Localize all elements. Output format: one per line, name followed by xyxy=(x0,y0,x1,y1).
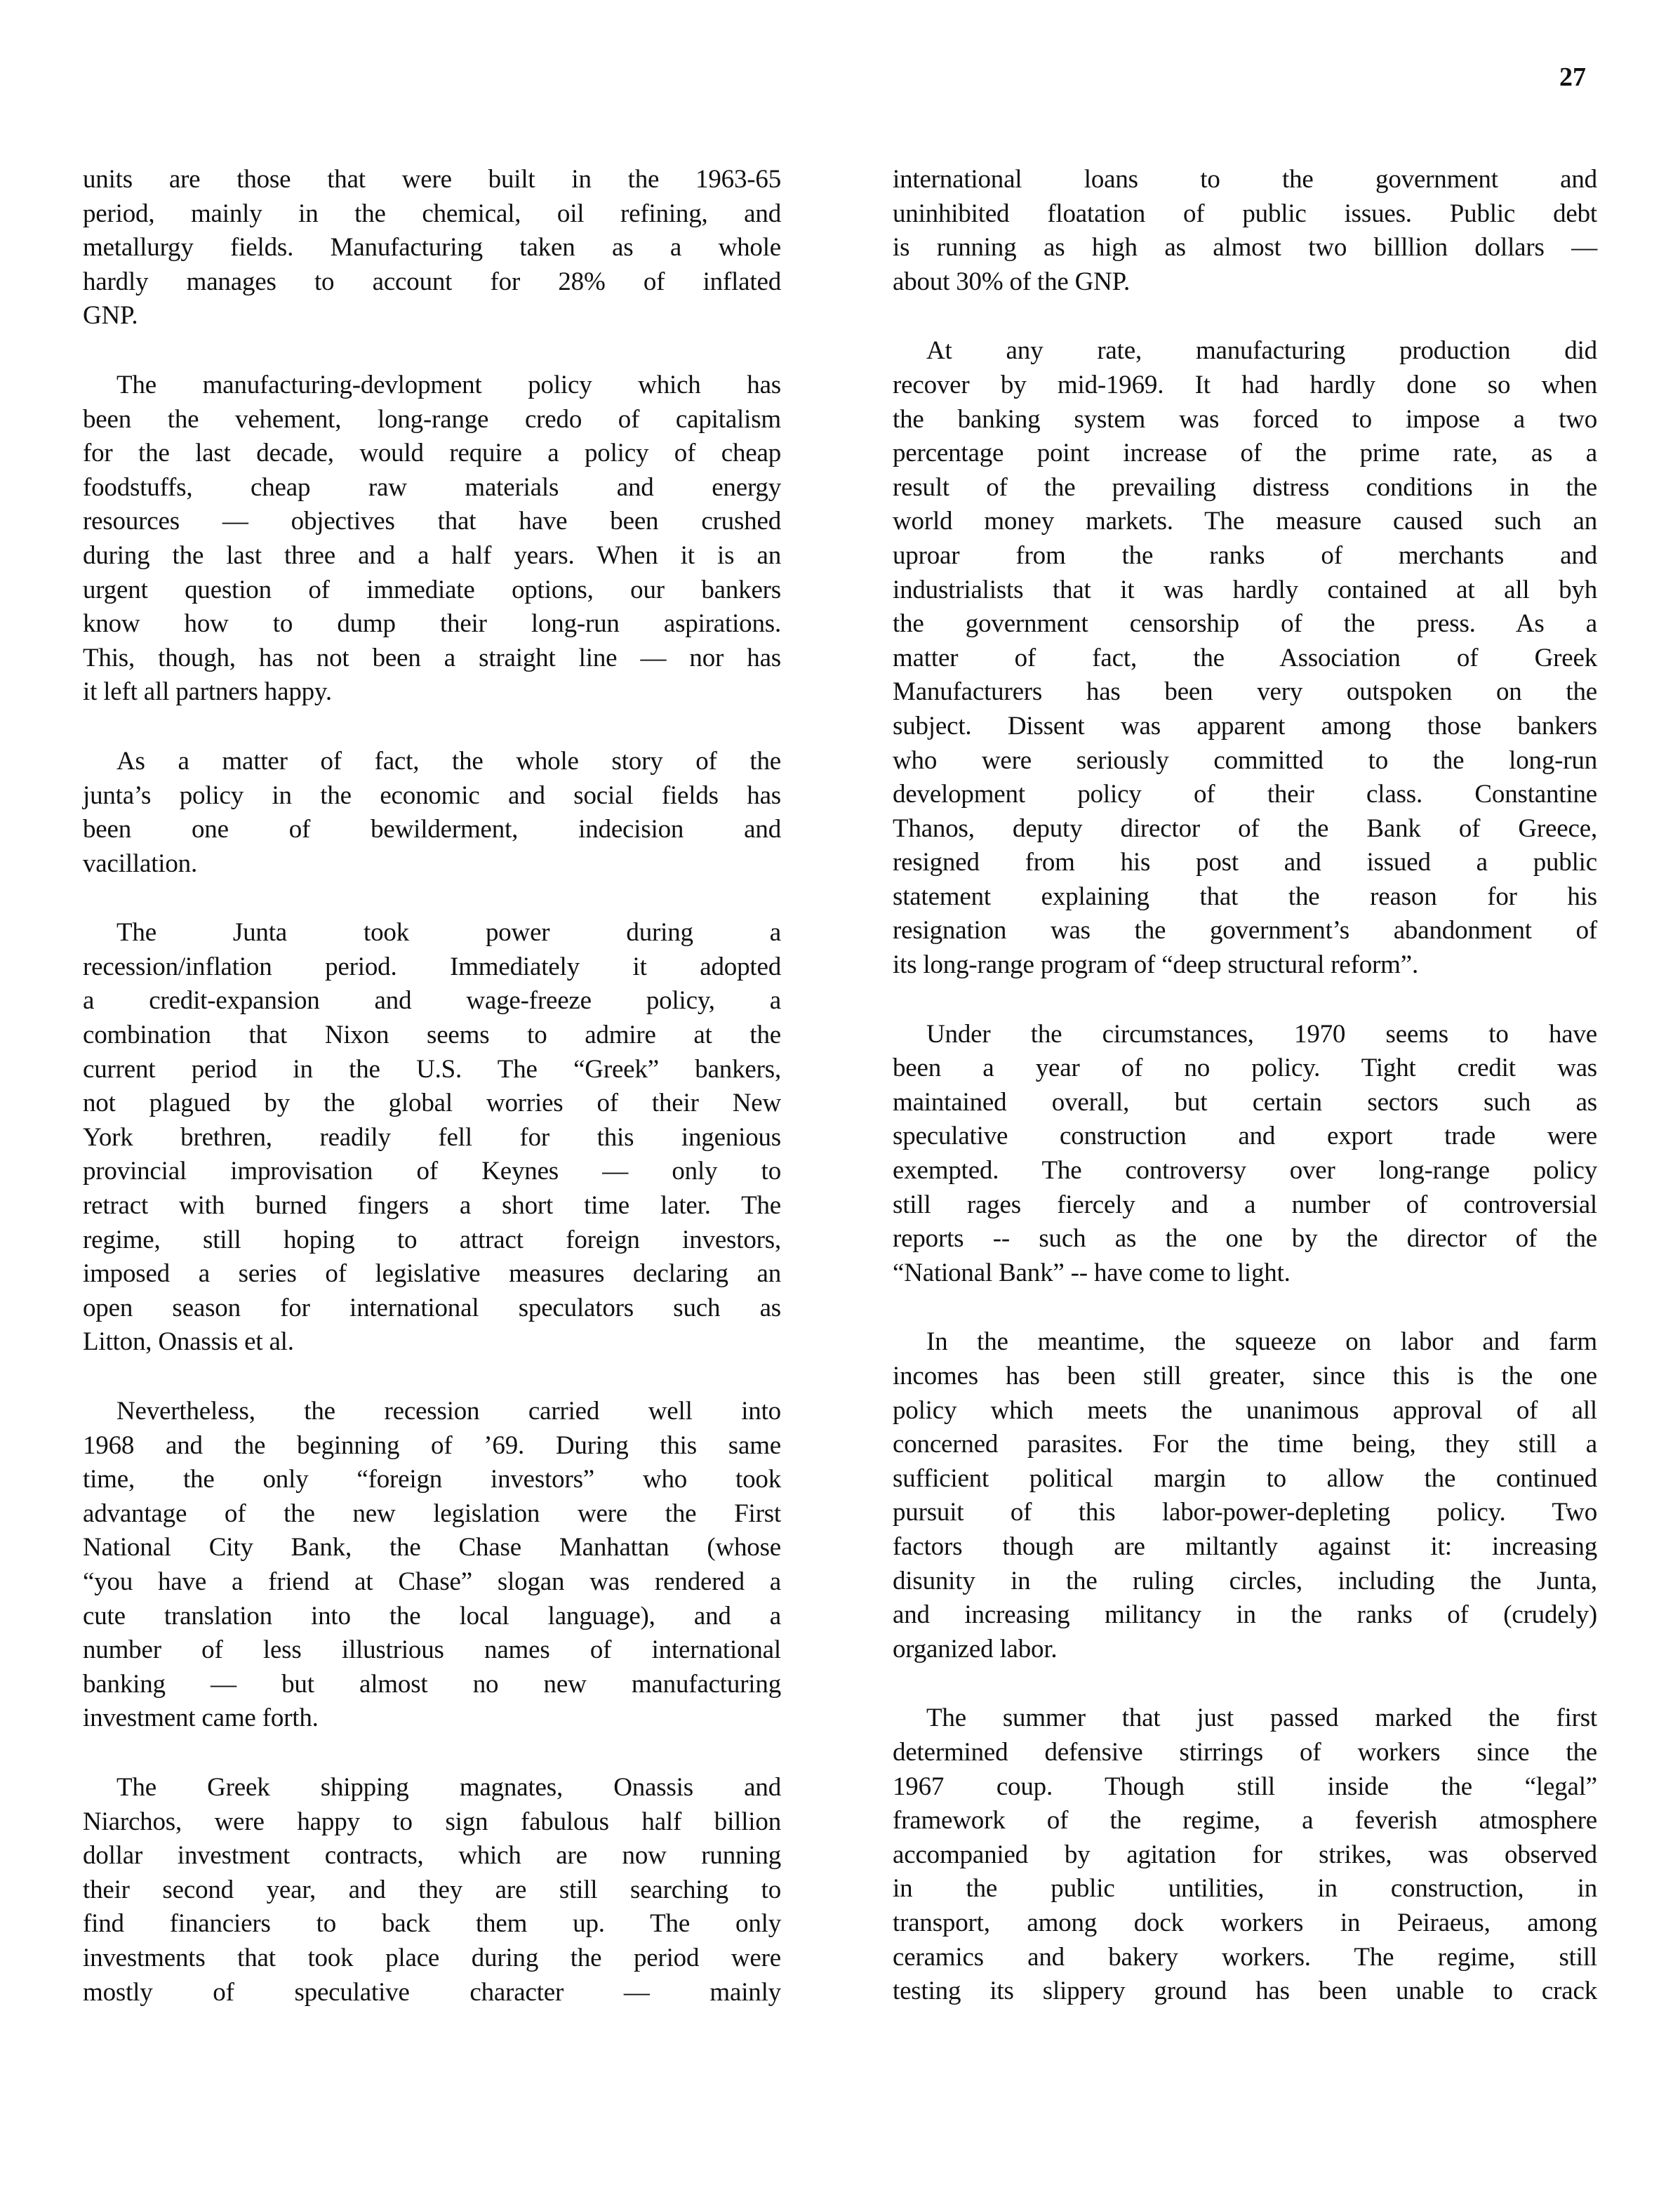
text-line: international loans to the government an… xyxy=(893,163,1597,197)
text-line: result of the prevailing distress condit… xyxy=(893,471,1597,505)
text-line: uninhibited floatation of public issues.… xyxy=(893,197,1597,232)
text-line: been the vehement, long-range credo of c… xyxy=(83,403,781,437)
text-line: Nevertheless, the recession carried well… xyxy=(83,1395,781,1429)
text-line: In the meantime, the squeeze on labor an… xyxy=(893,1325,1597,1360)
text-line: the banking system was forced to impose … xyxy=(893,403,1597,437)
text-line: percentage point increase of the prime r… xyxy=(893,437,1597,471)
page-number: 27 xyxy=(1544,60,1586,94)
text-line: their second year, and they are still se… xyxy=(83,1873,781,1908)
paragraph: As a matter of fact, the whole story of … xyxy=(83,745,781,881)
text-line: hardly manages to account for 28% of inf… xyxy=(83,265,781,300)
text-line: 1968 and the beginning of ’69. During th… xyxy=(83,1429,781,1463)
text-line: units are those that were built in the 1… xyxy=(83,163,781,197)
text-line: during the last three and a half years. … xyxy=(83,539,781,573)
text-line: dollar investment contracts, which are n… xyxy=(83,1839,781,1873)
text-line: 1967 coup. Though still inside the “lega… xyxy=(893,1770,1597,1805)
text-line: not plagued by the global worries of the… xyxy=(83,1087,781,1121)
text-line: matter of fact, the Association of Greek xyxy=(893,642,1597,676)
text-line: “you have a friend at Chase” slogan was … xyxy=(83,1565,781,1600)
text-line: mostly of speculative character — mainly xyxy=(83,1976,781,2010)
text-line: sufficient political margin to allow the… xyxy=(893,1462,1597,1496)
text-line: foodstuffs, cheap raw materials and ener… xyxy=(83,471,781,505)
text-line: current period in the U.S. The “Greek” b… xyxy=(83,1053,781,1087)
text-line: Manufacturers has been very outspoken on… xyxy=(893,675,1597,710)
text-line: York brethren, readily fell for this ing… xyxy=(83,1121,781,1155)
paragraph: In the meantime, the squeeze on labor an… xyxy=(893,1325,1597,1666)
text-line: reports -- such as the one by the direct… xyxy=(893,1222,1597,1256)
text-line: imposed a series of legislative measures… xyxy=(83,1257,781,1292)
text-line: Thanos, deputy director of the Bank of G… xyxy=(893,812,1597,846)
text-line: concerned parasites. For the time being,… xyxy=(893,1428,1597,1462)
text-line: National City Bank, the Chase Manhattan … xyxy=(83,1531,781,1565)
text-line: provincial improvisation of Keynes — onl… xyxy=(83,1155,781,1189)
text-line: metallurgy fields. Manufacturing taken a… xyxy=(83,231,781,265)
text-line: The Greek shipping magnates, Onassis and xyxy=(83,1771,781,1805)
text-line: policy which meets the unanimous approva… xyxy=(893,1394,1597,1428)
text-line: resources — objectives that have been cr… xyxy=(83,505,781,539)
right-column: international loans to the government an… xyxy=(893,163,1597,2044)
text-line: world money markets. The measure caused … xyxy=(893,505,1597,539)
text-line: cute translation into the local language… xyxy=(83,1600,781,1634)
text-line: and increasing militancy in the ranks of… xyxy=(893,1598,1597,1633)
text-line: factors though are miltantly against it:… xyxy=(893,1530,1597,1565)
text-line: it left all partners happy. xyxy=(83,675,781,710)
text-line: investment came forth. xyxy=(83,1701,781,1736)
text-line: accompanied by agitation for strikes, wa… xyxy=(893,1838,1597,1873)
text-line: is running as high as almost two billlio… xyxy=(893,231,1597,265)
paragraph: At any rate, manufacturing production di… xyxy=(893,334,1597,982)
text-line: advantage of the new legislation were th… xyxy=(83,1497,781,1532)
text-line: time, the only “foreign investors” who t… xyxy=(83,1463,781,1497)
paragraph: international loans to the government an… xyxy=(893,163,1597,299)
text-line: GNP. xyxy=(83,299,781,333)
paragraph: The Greek shipping magnates, Onassis and… xyxy=(83,1771,781,2010)
text-line: framework of the regime, a feverish atmo… xyxy=(893,1804,1597,1838)
text-line: in the public untilities, in constructio… xyxy=(893,1872,1597,1906)
text-line: period, mainly in the chemical, oil refi… xyxy=(83,197,781,232)
text-line: been a year of no policy. Tight credit w… xyxy=(893,1051,1597,1086)
text-line: been one of bewilderment, indecision and xyxy=(83,813,781,847)
text-line: subject. Dissent was apparent among thos… xyxy=(893,710,1597,744)
text-line: incomes has been still greater, since th… xyxy=(893,1360,1597,1394)
paragraph: Nevertheless, the recession carried well… xyxy=(83,1395,781,1736)
text-line: The summer that just passed marked the f… xyxy=(893,1701,1597,1736)
paragraph: The manufacturing-devlopment policy whic… xyxy=(83,368,781,710)
text-line: open season for international speculator… xyxy=(83,1292,781,1326)
text-line: the government censorship of the press. … xyxy=(893,607,1597,642)
text-line: Under the circumstances, 1970 seems to h… xyxy=(893,1018,1597,1052)
text-line: a credit-expansion and wage-freeze polic… xyxy=(83,984,781,1018)
text-line: combination that Nixon seems to admire a… xyxy=(83,1018,781,1053)
text-line: organized labor. xyxy=(893,1633,1597,1667)
text-line: disunity in the ruling circles, includin… xyxy=(893,1565,1597,1599)
text-line: statement explaining that the reason for… xyxy=(893,880,1597,915)
text-line: recover by mid-1969. It had hardly done … xyxy=(893,368,1597,403)
text-line: investments that took place during the p… xyxy=(83,1941,781,1976)
text-line: transport, among dock workers in Peiraeu… xyxy=(893,1906,1597,1941)
text-line: number of less illustrious names of inte… xyxy=(83,1633,781,1668)
text-line: resignation was the government’s abandon… xyxy=(893,914,1597,948)
text-line: maintained overall, but certain sectors … xyxy=(893,1086,1597,1120)
text-line: vacillation. xyxy=(83,847,781,882)
text-line: speculative construction and export trad… xyxy=(893,1120,1597,1154)
text-line: Niarchos, were happy to sign fabulous ha… xyxy=(83,1805,781,1840)
text-line: know how to dump their long-run aspirati… xyxy=(83,607,781,642)
text-line: recession/inflation period. Immediately … xyxy=(83,950,781,985)
paragraph: The summer that just passed marked the f… xyxy=(893,1701,1597,2008)
text-line: This, though, has not been a straight li… xyxy=(83,642,781,676)
text-line: “National Bank” -- have come to light. xyxy=(893,1256,1597,1291)
text-line: still rages fiercely and a number of con… xyxy=(893,1188,1597,1223)
left-column: units are those that were built in the 1… xyxy=(83,163,781,2045)
paragraph: units are those that were built in the 1… xyxy=(83,163,781,333)
text-line: Litton, Onassis et al. xyxy=(83,1325,781,1360)
text-line: for the last decade, would require a pol… xyxy=(83,437,781,471)
text-line: retract with burned fingers a short time… xyxy=(83,1189,781,1223)
text-line: testing its slippery ground has been una… xyxy=(893,1974,1597,2009)
text-line: uproar from the ranks of merchants and xyxy=(893,539,1597,573)
text-line: determined defensive stirrings of worker… xyxy=(893,1736,1597,1770)
text-line: junta’s policy in the economic and socia… xyxy=(83,779,781,814)
text-line: about 30% of the GNP. xyxy=(893,265,1597,300)
text-line: banking — but almost no new manufacturin… xyxy=(83,1668,781,1702)
text-line: The Junta took power during a xyxy=(83,916,781,950)
text-line: exempted. The controversy over long-rang… xyxy=(893,1154,1597,1188)
text-line: At any rate, manufacturing production di… xyxy=(893,334,1597,368)
text-line: its long-range program of “deep structur… xyxy=(893,948,1597,983)
text-line: pursuit of this labor-power-depleting po… xyxy=(893,1496,1597,1530)
text-line: find financiers to back them up. The onl… xyxy=(83,1907,781,1941)
text-line: industrialists that it was hardly contai… xyxy=(893,573,1597,608)
text-line: development policy of their class. Const… xyxy=(893,778,1597,812)
text-line: The manufacturing-devlopment policy whic… xyxy=(83,368,781,403)
text-line: who were seriously committed to the long… xyxy=(893,744,1597,778)
paragraph: The Junta took power during arecession/i… xyxy=(83,916,781,1360)
text-line: urgent question of immediate options, ou… xyxy=(83,573,781,608)
text-line: resigned from his post and issued a publ… xyxy=(893,846,1597,880)
text-line: ceramics and bakery workers. The regime,… xyxy=(893,1941,1597,1975)
text-line: As a matter of fact, the whole story of … xyxy=(83,745,781,779)
paragraph: Under the circumstances, 1970 seems to h… xyxy=(893,1018,1597,1291)
text-line: regime, still hoping to attract foreign … xyxy=(83,1223,781,1258)
